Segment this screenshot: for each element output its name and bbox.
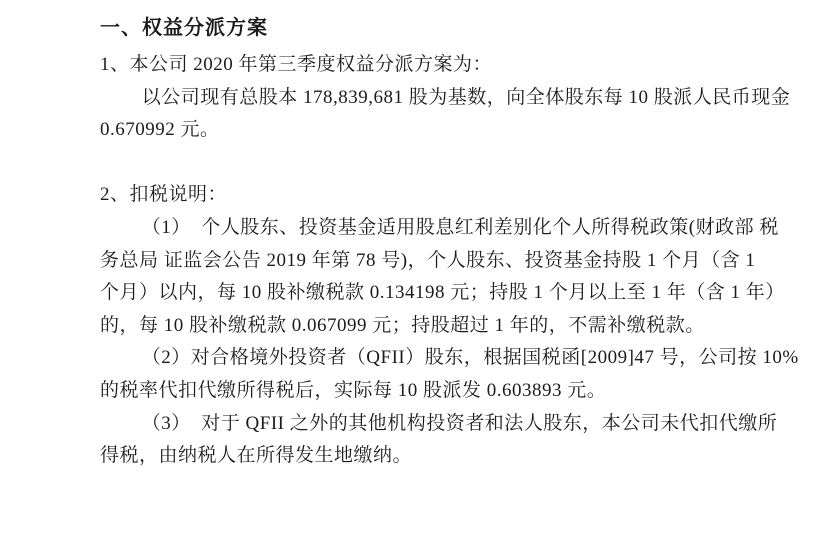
paragraph-tax-notes-title: 2、扣税说明： [100,179,752,212]
section-heading-dividend-plan: 一、权益分派方案 [100,12,752,45]
paragraph-plan-detail-line-1: 以公司现有总股本 178,839,681 股为基数，向全体股东每 10 股派人民… [100,82,752,115]
announcement-page: 一、权益分派方案 1、本公司 2020 年第三季度权益分派方案为： 以公司现有总… [0,0,828,546]
paragraph-tax-note-3-line-1: （3） 对于 QFII 之外的其他机构投资者和法人股东，本公司未代扣代缴所 [100,408,752,441]
paragraph-tax-note-3-line-2: 得税，由纳税人在所得发生地缴纳。 [100,440,752,473]
paragraph-tax-note-1-line-2: 务总局 证监会公告 2019 年第 78 号)，个人股东、投资基金持股 1 个月… [100,245,752,278]
paragraph-tax-note-1-line-4: 的，每 10 股补缴税款 0.067099 元；持股超过 1 年的，不需补缴税款… [100,310,752,343]
paragraph-tax-note-1-line-1: （1） 个人股东、投资基金适用股息红利差别化个人所得税政策(财政部 税 [100,212,752,245]
paragraph-tax-note-2-line-1: （2）对合格境外投资者（QFII）股东，根据国税函[2009]47 号，公司按 … [100,342,752,375]
paragraph-tax-note-2-line-2: 的税率代扣代缴所得税后，实际每 10 股派发 0.603893 元。 [100,375,752,408]
paragraph-plan-intro: 1、本公司 2020 年第三季度权益分派方案为： [100,49,752,82]
paragraph-plan-detail-line-2: 0.670992 元。 [100,114,752,147]
paragraph-tax-note-1-line-3: 个月）以内，每 10 股补缴税款 0.134198 元；持股 1 个月以上至 1… [100,277,752,310]
